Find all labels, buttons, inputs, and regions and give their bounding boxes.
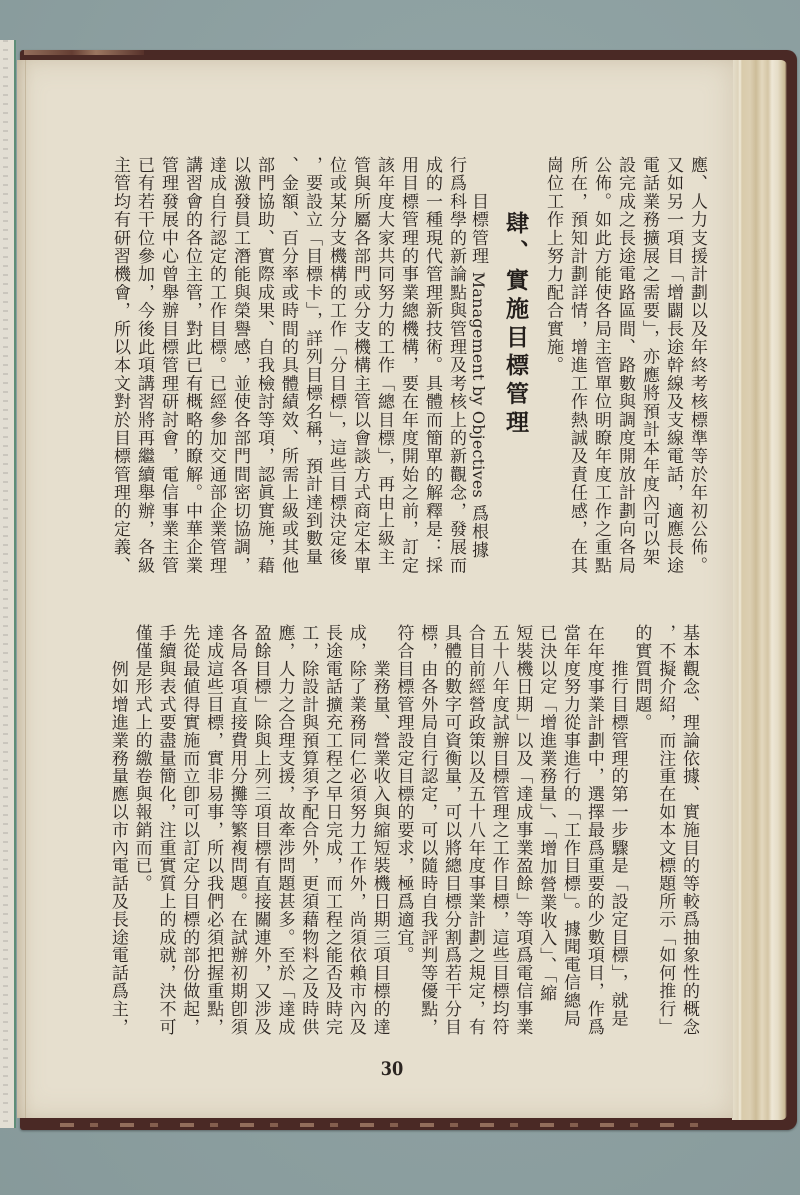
gutter-crease [25, 60, 26, 1118]
text-column: 所在，預知計劃詳情，增進工作熱誠及責任感，在其 [565, 156, 589, 586]
text-column: 五十八年度試辦目標管理之工作目標，這些目標均符 [486, 624, 510, 1044]
text-column: 標，由各外局自行認定，可以隨時自我評判等優點， [414, 624, 438, 1044]
text-column: 講習會的各位主管，對此已有概略的瞭解。中華企業 [180, 156, 204, 586]
text-column: 先從最値得實施而立卽可以訂定分目標的部份做起， [176, 624, 200, 1044]
mbo-prefix: 目標管理 [468, 156, 488, 272]
text-column: 盈餘目標」除與上列三項目標有直接關連外，又涉及 [248, 624, 272, 1044]
text-column: 主管均有研習機會，所以本文對於目標管理的定義、 [108, 156, 132, 586]
text-column: 長途電話擴充工程之早日完成，而工程之能否及時完 [319, 624, 343, 1044]
text-column: 的實質問題。 [629, 624, 653, 1044]
text-column: 電話業務擴展之需要」，亦應將預計本年度內可以架 [637, 156, 661, 586]
text-column: 應、人力支援計劃以及年終考核標準等於年初公佈。 [685, 156, 709, 586]
text-column: 具體的數字可資衡量，可以將總目標分割爲若干分目 [438, 624, 462, 1044]
text-column: 推行目標管理的第一步驟是「設定目標」，就是 [605, 624, 629, 1044]
text-column: 已決以定「增進業務量」、「增加營業收入」、「縮 [533, 624, 557, 1044]
text-column: 基本觀念、理論依據、實施目的等較爲抽象性的概念 [676, 624, 700, 1044]
cover-wear-top [24, 50, 144, 55]
text-column: 當年度努力從事進行的「工作目標」。據聞電信總局 [557, 624, 581, 1044]
text-column: 、金額、百分率或時間的具體績效、所需上級或其他 [276, 156, 300, 586]
text-column: 崗位工作上努力配合實施。 [541, 156, 565, 586]
text-column: 用目標管理的事業總機構，要在年度開始之前，訂定 [396, 156, 420, 586]
text-column: 成，除了業務同仁必須努力工作外，尚須依賴市內及 [343, 624, 367, 1044]
text-column: 短裝機日期」以及「達成事業盈餘」等項爲電信事業 [510, 624, 534, 1044]
text-column: 手續與表式要盡量簡化，注重實質上的成就，決不可 [153, 624, 177, 1044]
top-text-block: 應、人力支援計劃以及年終考核標準等於年初公佈。 又如另一項目「增闢長途幹線及支線… [108, 156, 709, 586]
text-column: ，要設立「目標卡」，詳列目標名稱，預計達到數量 [300, 156, 324, 586]
text-column: 該年度大家共同努力的工作「總目標」，再由上級主 [372, 156, 396, 586]
text-column: 部門協助、實際成果、自我檢討等項，認眞實施，藉 [252, 156, 276, 586]
text-column: 達成自行認定的工作目標。已經參加交通部企業管理 [204, 156, 228, 586]
text-column: 已有若干位參加，今後此項講習將再繼續舉辦，各級 [132, 156, 156, 586]
section-heading: 肆、實施目標管理 [488, 156, 541, 586]
adjacent-page-strip [0, 40, 16, 1128]
text-column: 管與所屬各部門或分支機構主管以會談方式商定本單 [348, 156, 372, 586]
mbo-english-term: Management by Objectives [469, 272, 488, 498]
page-edges-stack [732, 60, 787, 1120]
text-column: 工，除設計與預算須予配合外，更須藉物料之及時供 [295, 624, 319, 1044]
text-column: 位或某分支機構的工作「分目標」，這些目標決定後 [324, 156, 348, 586]
text-column: 公佈。如此方能使各局主管單位明瞭年度工作之重點 [589, 156, 613, 586]
text-column: 符合目標管理設定目標的要求，極爲適宜。 [391, 624, 415, 1044]
text-column: 又如另一項目「增闢長途幹線及支線電話，適應長途 [661, 156, 685, 586]
mbo-definition-column: 目標管理 Management by Objectives 爲根據 [468, 156, 488, 586]
page-number: 30 [375, 1058, 409, 1080]
text-column: 在年度事業計劃中，選擇最爲重要的少數項目，作爲 [581, 624, 605, 1044]
text-column: 僅僅是形式上的繳卷與報銷而已。 [129, 624, 153, 1044]
text-column: 業務量、營業收入與縮短裝機日期三項目標的達 [367, 624, 391, 1044]
text-column: 合目前經營政策以及五十八年度事業計劃之規定，有 [462, 624, 486, 1044]
text-column: 行爲科學的新論點與管理及考核上的新觀念，發展而 [444, 156, 468, 586]
text-column: 各局各項直接費用分攤等繁複問題。在試辦初期卽須 [224, 624, 248, 1044]
text-column: ，不擬介紹，而注重在如本文標題所示「如何推行」 [652, 624, 676, 1044]
text-column: 達成這些目標，實非易事，所以我們必須把握重點， [200, 624, 224, 1044]
text-column: 設完成之長途電路區間、路數與調度開放計劃向各局 [613, 156, 637, 586]
mbo-suffix: 爲根據 [468, 498, 488, 559]
text-column: 以激發員工潛能與榮譽感，並使各部門間密切協調， [228, 156, 252, 586]
text-column: 成的一種現代管理新技術。具體而簡單的解釋是：採 [420, 156, 444, 586]
bottom-text-block: 基本觀念、理論依據、實施目的等較爲抽象性的概念 ，不擬介紹，而注重在如本文標題所… [105, 624, 700, 1044]
text-column: 應，人力之合理支援，故牽涉問題甚多。至於「達成 [272, 624, 296, 1044]
cover-wear-bottom [60, 1123, 720, 1127]
text-column: 管理發展中心曾舉辦目標管理研討會，電信事業主管 [156, 156, 180, 586]
text-column: 例如增進業務量應以市內電話及長途電話爲主， [105, 624, 129, 1044]
